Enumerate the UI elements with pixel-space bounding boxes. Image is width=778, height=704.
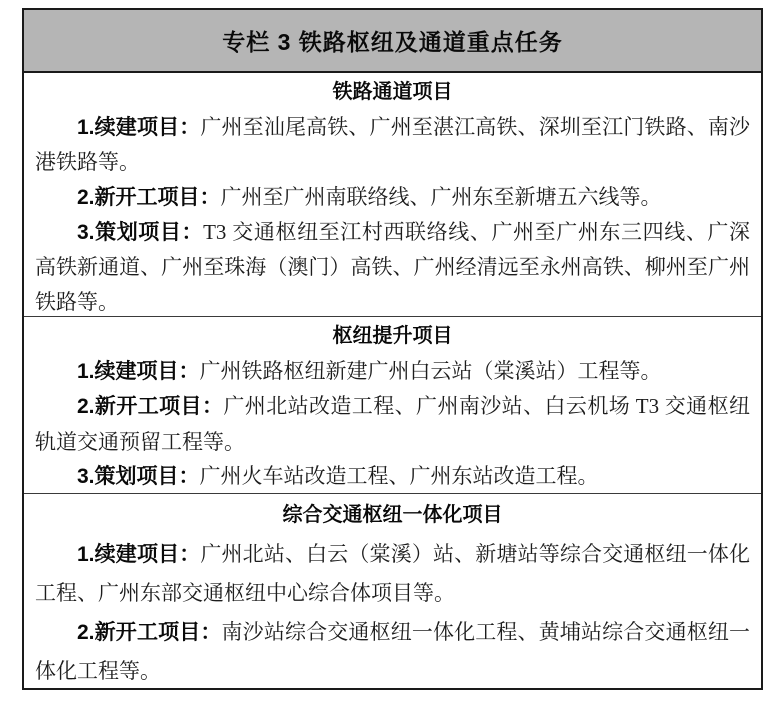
project-item: 2.新开工项目：南沙站综合交通枢纽一体化工程、黄埔站综合交通枢纽一体化工程等。 xyxy=(35,613,750,688)
item-label: 2.新开工项目： xyxy=(77,395,223,418)
highlight-box: 专栏 3 铁路枢纽及通道重点任务 铁路通道项目 1.续建项目：广州至汕尾高铁、广… xyxy=(22,8,763,690)
item-label: 3.策划项目： xyxy=(77,465,200,488)
item-label: 1.续建项目： xyxy=(77,360,200,383)
project-item: 1.续建项目：广州至汕尾高铁、广州至湛江高铁、深圳至江门铁路、南沙港铁路等。 xyxy=(35,110,750,180)
section-header: 枢纽提升项目 xyxy=(35,319,750,354)
document-page: 专栏 3 铁路枢纽及通道重点任务 铁路通道项目 1.续建项目：广州至汕尾高铁、广… xyxy=(0,0,778,704)
project-item: 1.续建项目：广州铁路枢纽新建广州白云站（棠溪站）工程等。 xyxy=(35,354,750,390)
project-item: 3.策划项目：T3 交通枢纽至江村西联络线、广州至广州东三四线、广深高铁新通道、… xyxy=(35,215,750,317)
item-label: 3.策划项目： xyxy=(77,221,203,244)
item-text: 广州铁路枢纽新建广州白云站（棠溪站）工程等。 xyxy=(200,359,662,383)
item-text: 广州火车站改造工程、广州东站改造工程。 xyxy=(200,464,599,488)
box-title: 专栏 3 铁路枢纽及通道重点任务 xyxy=(24,10,761,73)
item-label: 2.新开工项目： xyxy=(77,186,221,209)
project-item: 1.续建项目：广州北站、白云（棠溪）站、新塘站等综合交通枢纽一体化工程、广州东部… xyxy=(35,535,750,613)
project-item: 2.新开工项目：广州北站改造工程、广州南沙站、白云机场 T3 交通枢纽轨道交通预… xyxy=(35,389,750,459)
item-text: 广州至广州南联络线、广州东至新塘五六线等。 xyxy=(221,185,662,209)
section-header: 铁路通道项目 xyxy=(35,75,750,110)
item-label: 1.续建项目： xyxy=(77,116,200,139)
item-label: 2.新开工项目： xyxy=(77,621,222,644)
project-item: 2.新开工项目：广州至广州南联络线、广州东至新塘五六线等。 xyxy=(35,180,750,215)
section-integrated-hub: 综合交通枢纽一体化项目 1.续建项目：广州北站、白云（棠溪）站、新塘站等综合交通… xyxy=(24,494,761,688)
project-item: 3.策划项目：广州火车站改造工程、广州东站改造工程。 xyxy=(35,459,750,494)
item-label: 1.续建项目： xyxy=(77,543,200,566)
section-hub-upgrade: 枢纽提升项目 1.续建项目：广州铁路枢纽新建广州白云站（棠溪站）工程等。 2.新… xyxy=(24,317,761,494)
section-header: 综合交通枢纽一体化项目 xyxy=(35,496,750,535)
section-railway-corridor: 铁路通道项目 1.续建项目：广州至汕尾高铁、广州至湛江高铁、深圳至江门铁路、南沙… xyxy=(24,73,761,317)
